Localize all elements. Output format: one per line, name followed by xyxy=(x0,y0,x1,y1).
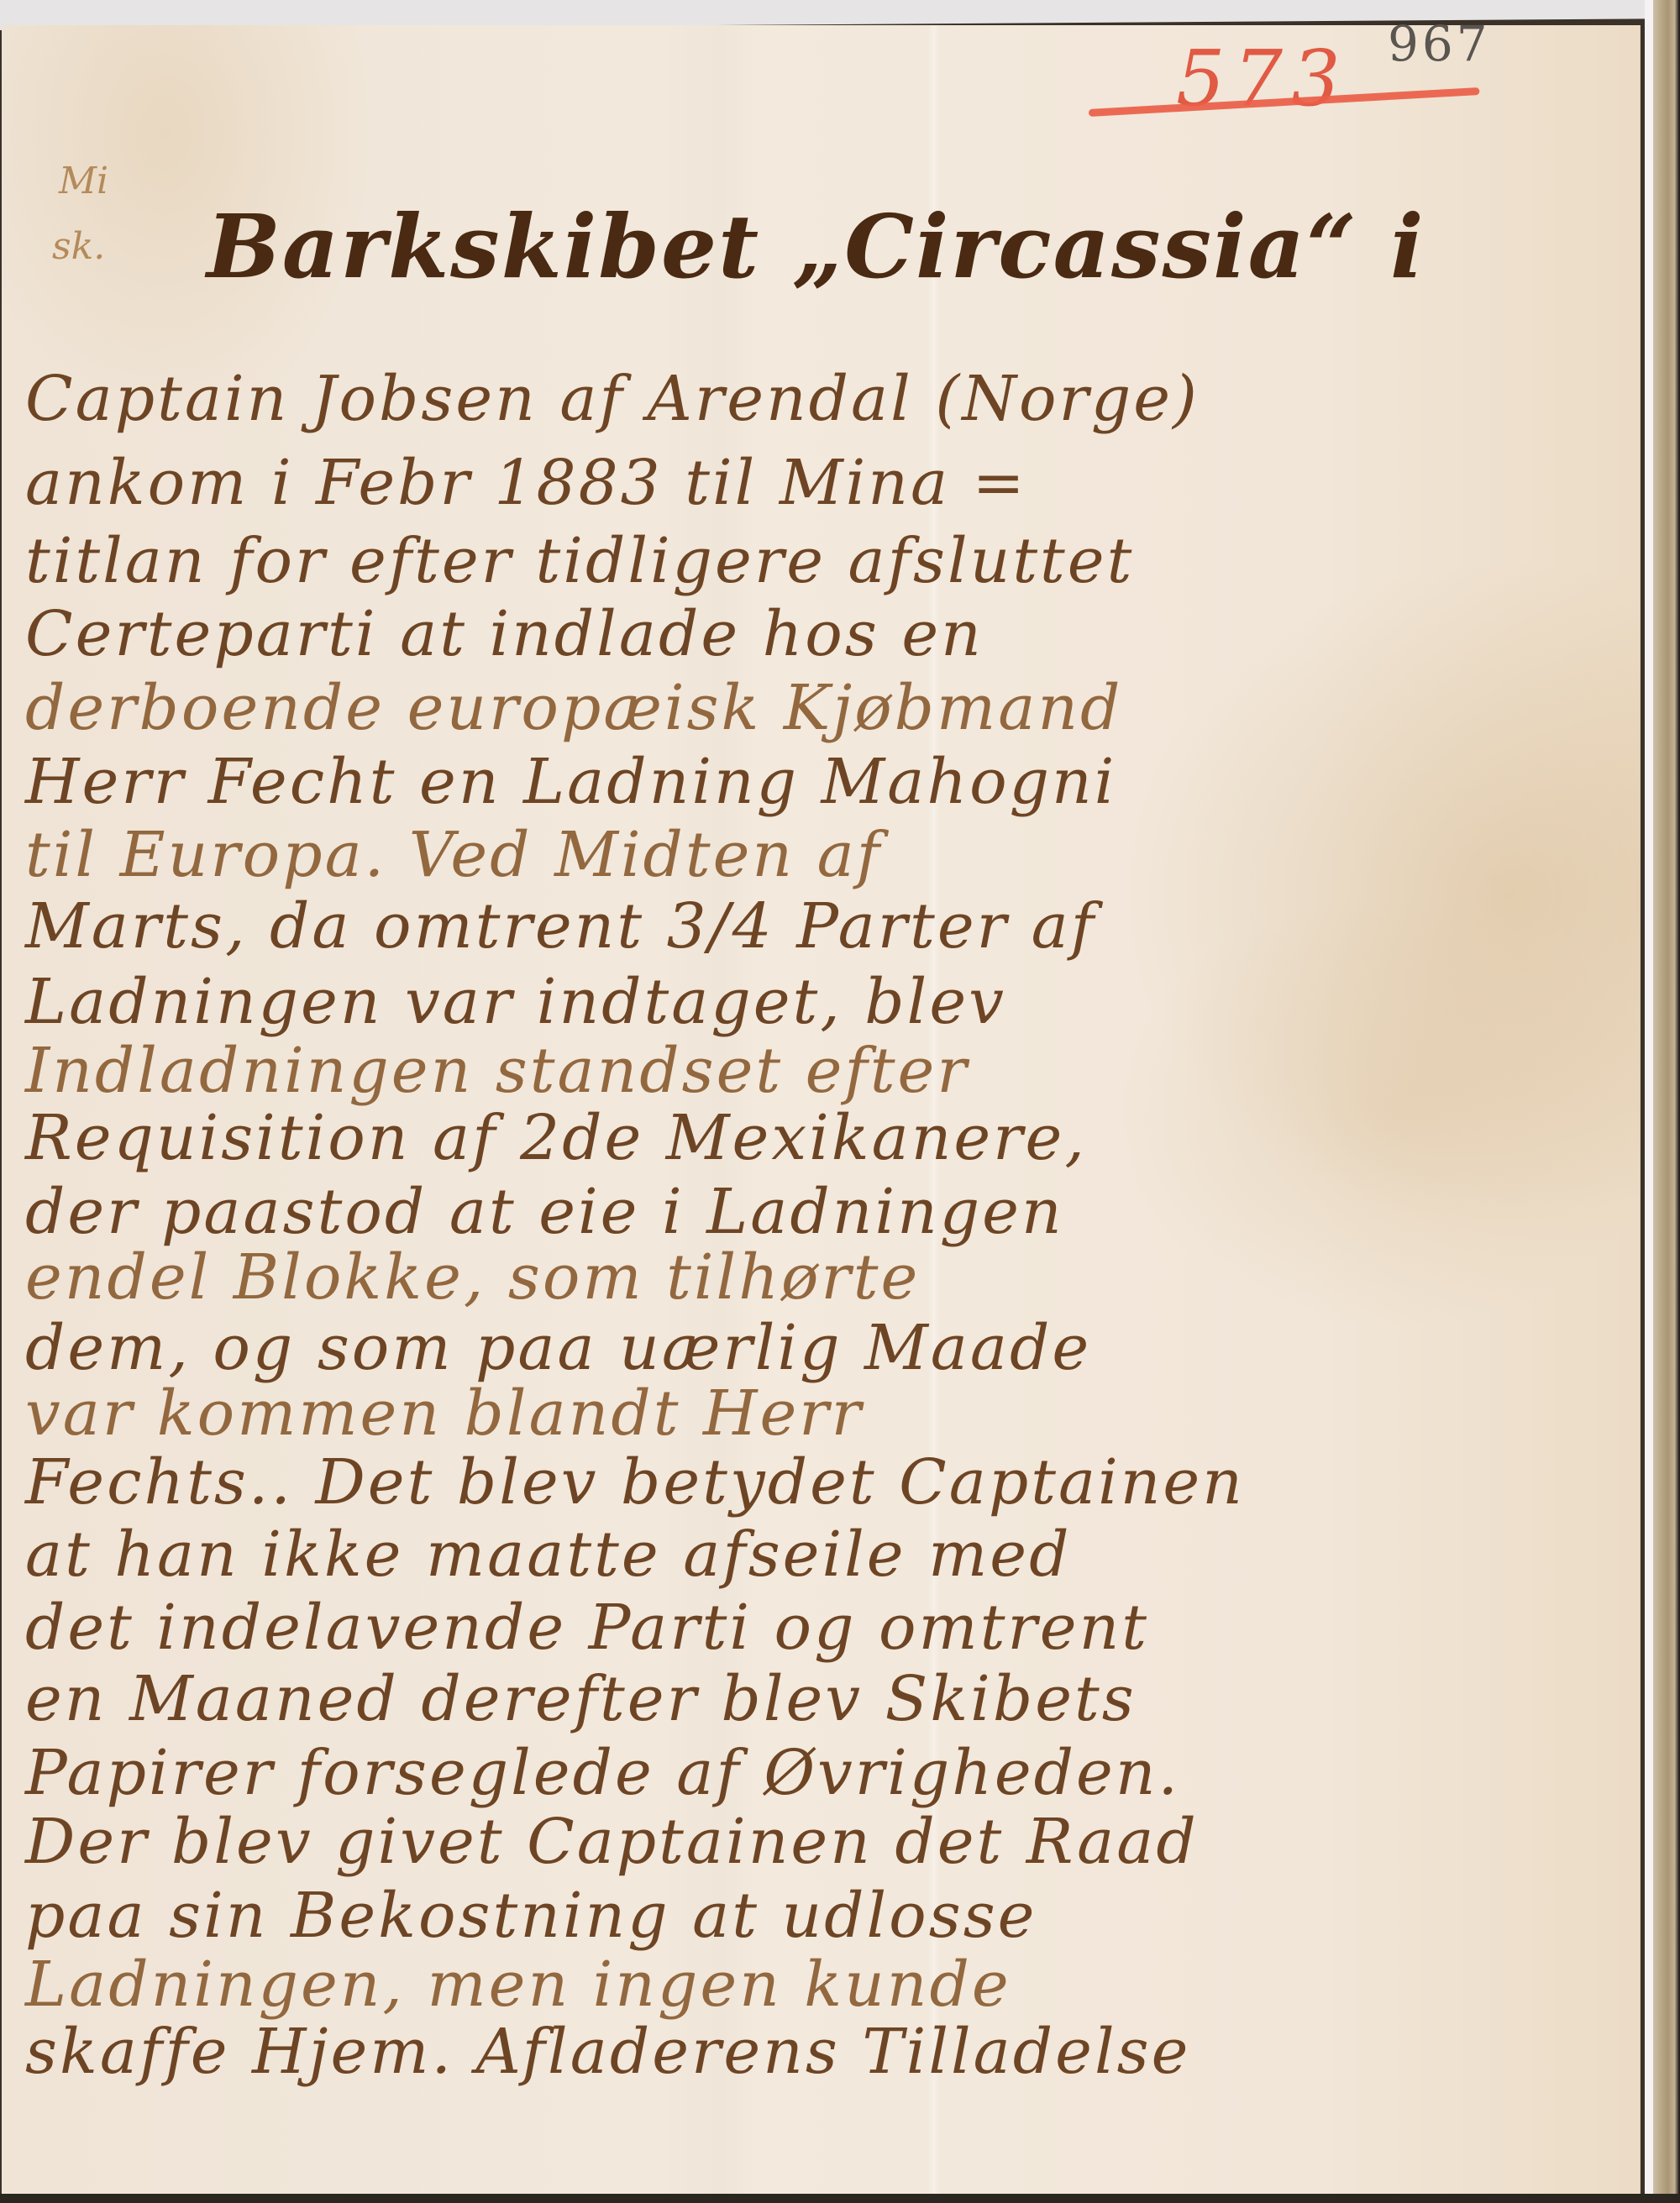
text-line: der paastod at eie i Ladningen xyxy=(25,1176,1621,1248)
text-line: Indladningen standset efter xyxy=(25,1035,1621,1107)
text-line: dem, og som paa uærlig Maade xyxy=(25,1312,1621,1384)
text-line: endel Blokke, som tilhørte xyxy=(25,1241,1621,1314)
margin-note: sk. xyxy=(52,225,105,268)
text-line: til Europa. Ved Midten af xyxy=(25,819,1621,891)
text-line: Ladningen var indtaget, blev xyxy=(25,966,1621,1038)
text-line: Der blev givet Captainen det Raad xyxy=(25,1806,1621,1878)
text-line: at han ikke maatte afseile med xyxy=(25,1518,1621,1591)
text-line: var kommen blandt Herr xyxy=(25,1377,1621,1450)
page-white-edge xyxy=(1645,0,1653,2203)
book-binding xyxy=(1653,0,1680,2203)
text-line: Requisition af 2de Mexikanere, xyxy=(25,1102,1621,1174)
text-line: det indelavende Parti og omtrent xyxy=(25,1592,1621,1664)
text-line: ankom i Febr 1883 til Mina = xyxy=(25,447,1621,519)
text-line: Papirer forseglede af Øvrigheden. xyxy=(25,1737,1621,1809)
text-line: skaffe Hjem. Afladerens Tilladelse xyxy=(25,2016,1621,2088)
text-line: Marts, da omtrent 3/4 Parter af xyxy=(25,890,1621,963)
text-line: paa sin Bekostning at udlosse xyxy=(25,1880,1621,1952)
text-line: titlan for efter tidligere afsluttet xyxy=(25,525,1621,597)
margin-note: Mi xyxy=(59,160,108,202)
text-line: en Maaned derefter blev Skibets xyxy=(25,1663,1621,1735)
text-line: Fechts.. Det blev betydet Captainen xyxy=(25,1446,1621,1518)
text-line: Ladningen, men ingen kunde xyxy=(25,1949,1621,2021)
text-line: Captain Jobsen af Arendal (Norge) xyxy=(25,363,1621,435)
scan-bottom-edge xyxy=(0,2194,1680,2203)
folio-stamp-number: 967 xyxy=(1388,15,1491,72)
text-line: derboende europæisk Kjøbmand xyxy=(25,672,1621,744)
text-line: Certeparti at indlade hos en xyxy=(25,598,1621,670)
text-line: Herr Fecht en Ladning Mahogni xyxy=(25,746,1621,818)
document-title: Barkskibet „Circassia“ i xyxy=(207,195,1425,298)
